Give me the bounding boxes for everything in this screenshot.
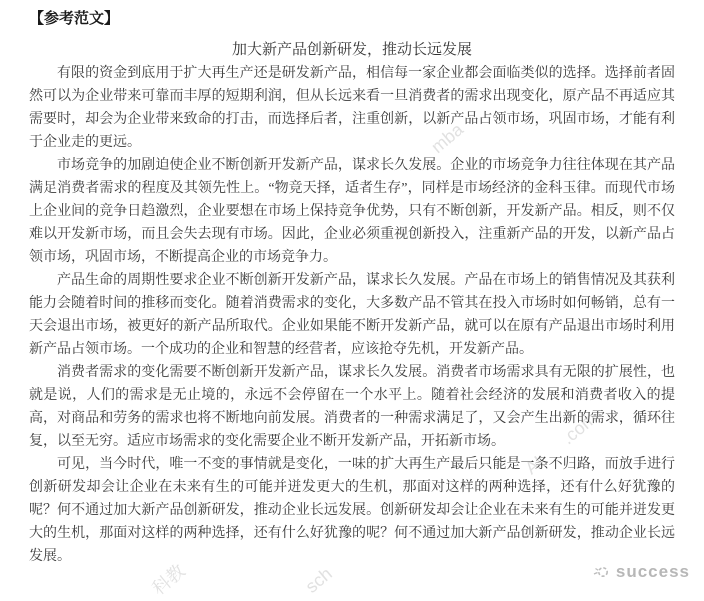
essay-paragraph: 产品生命的周期性要求企业不断创新开发新产品，谋求长久发展。产品在市场上的销售情况…	[29, 269, 675, 361]
essay-paragraph: 有限的资金到底用于扩大再生产还是研发新产品，相信每一家企业都会面临类似的选择。选…	[29, 62, 675, 154]
essay-document: 【参考范文】 加大新产品创新研发，推动长远发展 有限的资金到底用于扩大再生产还是…	[29, 10, 675, 568]
section-header: 【参考范文】	[29, 10, 675, 29]
essay-paragraph: 消费者需求的变化需要不断创新开发新产品，谋求长久发展。消费者市场需求具有无限的扩…	[29, 361, 675, 453]
essay-paragraph: 市场竞争的加剧迫使企业不断创新开发新产品，谋求长久发展。企业的市场竞争力往往体现…	[29, 154, 675, 269]
essay-body: 有限的资金到底用于扩大再生产还是研发新产品，相信每一家企业都会面临类似的选择。选…	[29, 62, 675, 568]
essay-title: 加大新产品创新研发，推动长远发展	[29, 39, 675, 62]
brand-text: success	[616, 562, 690, 582]
sun-circle-icon	[593, 563, 611, 581]
brand-logo: success	[593, 562, 690, 582]
watermark-fragment: sch	[302, 563, 337, 597]
essay-paragraph: 可见，当今时代，唯一不变的事情就是变化，一味的扩大再生产最后只能是一条不归路，而…	[29, 453, 675, 568]
